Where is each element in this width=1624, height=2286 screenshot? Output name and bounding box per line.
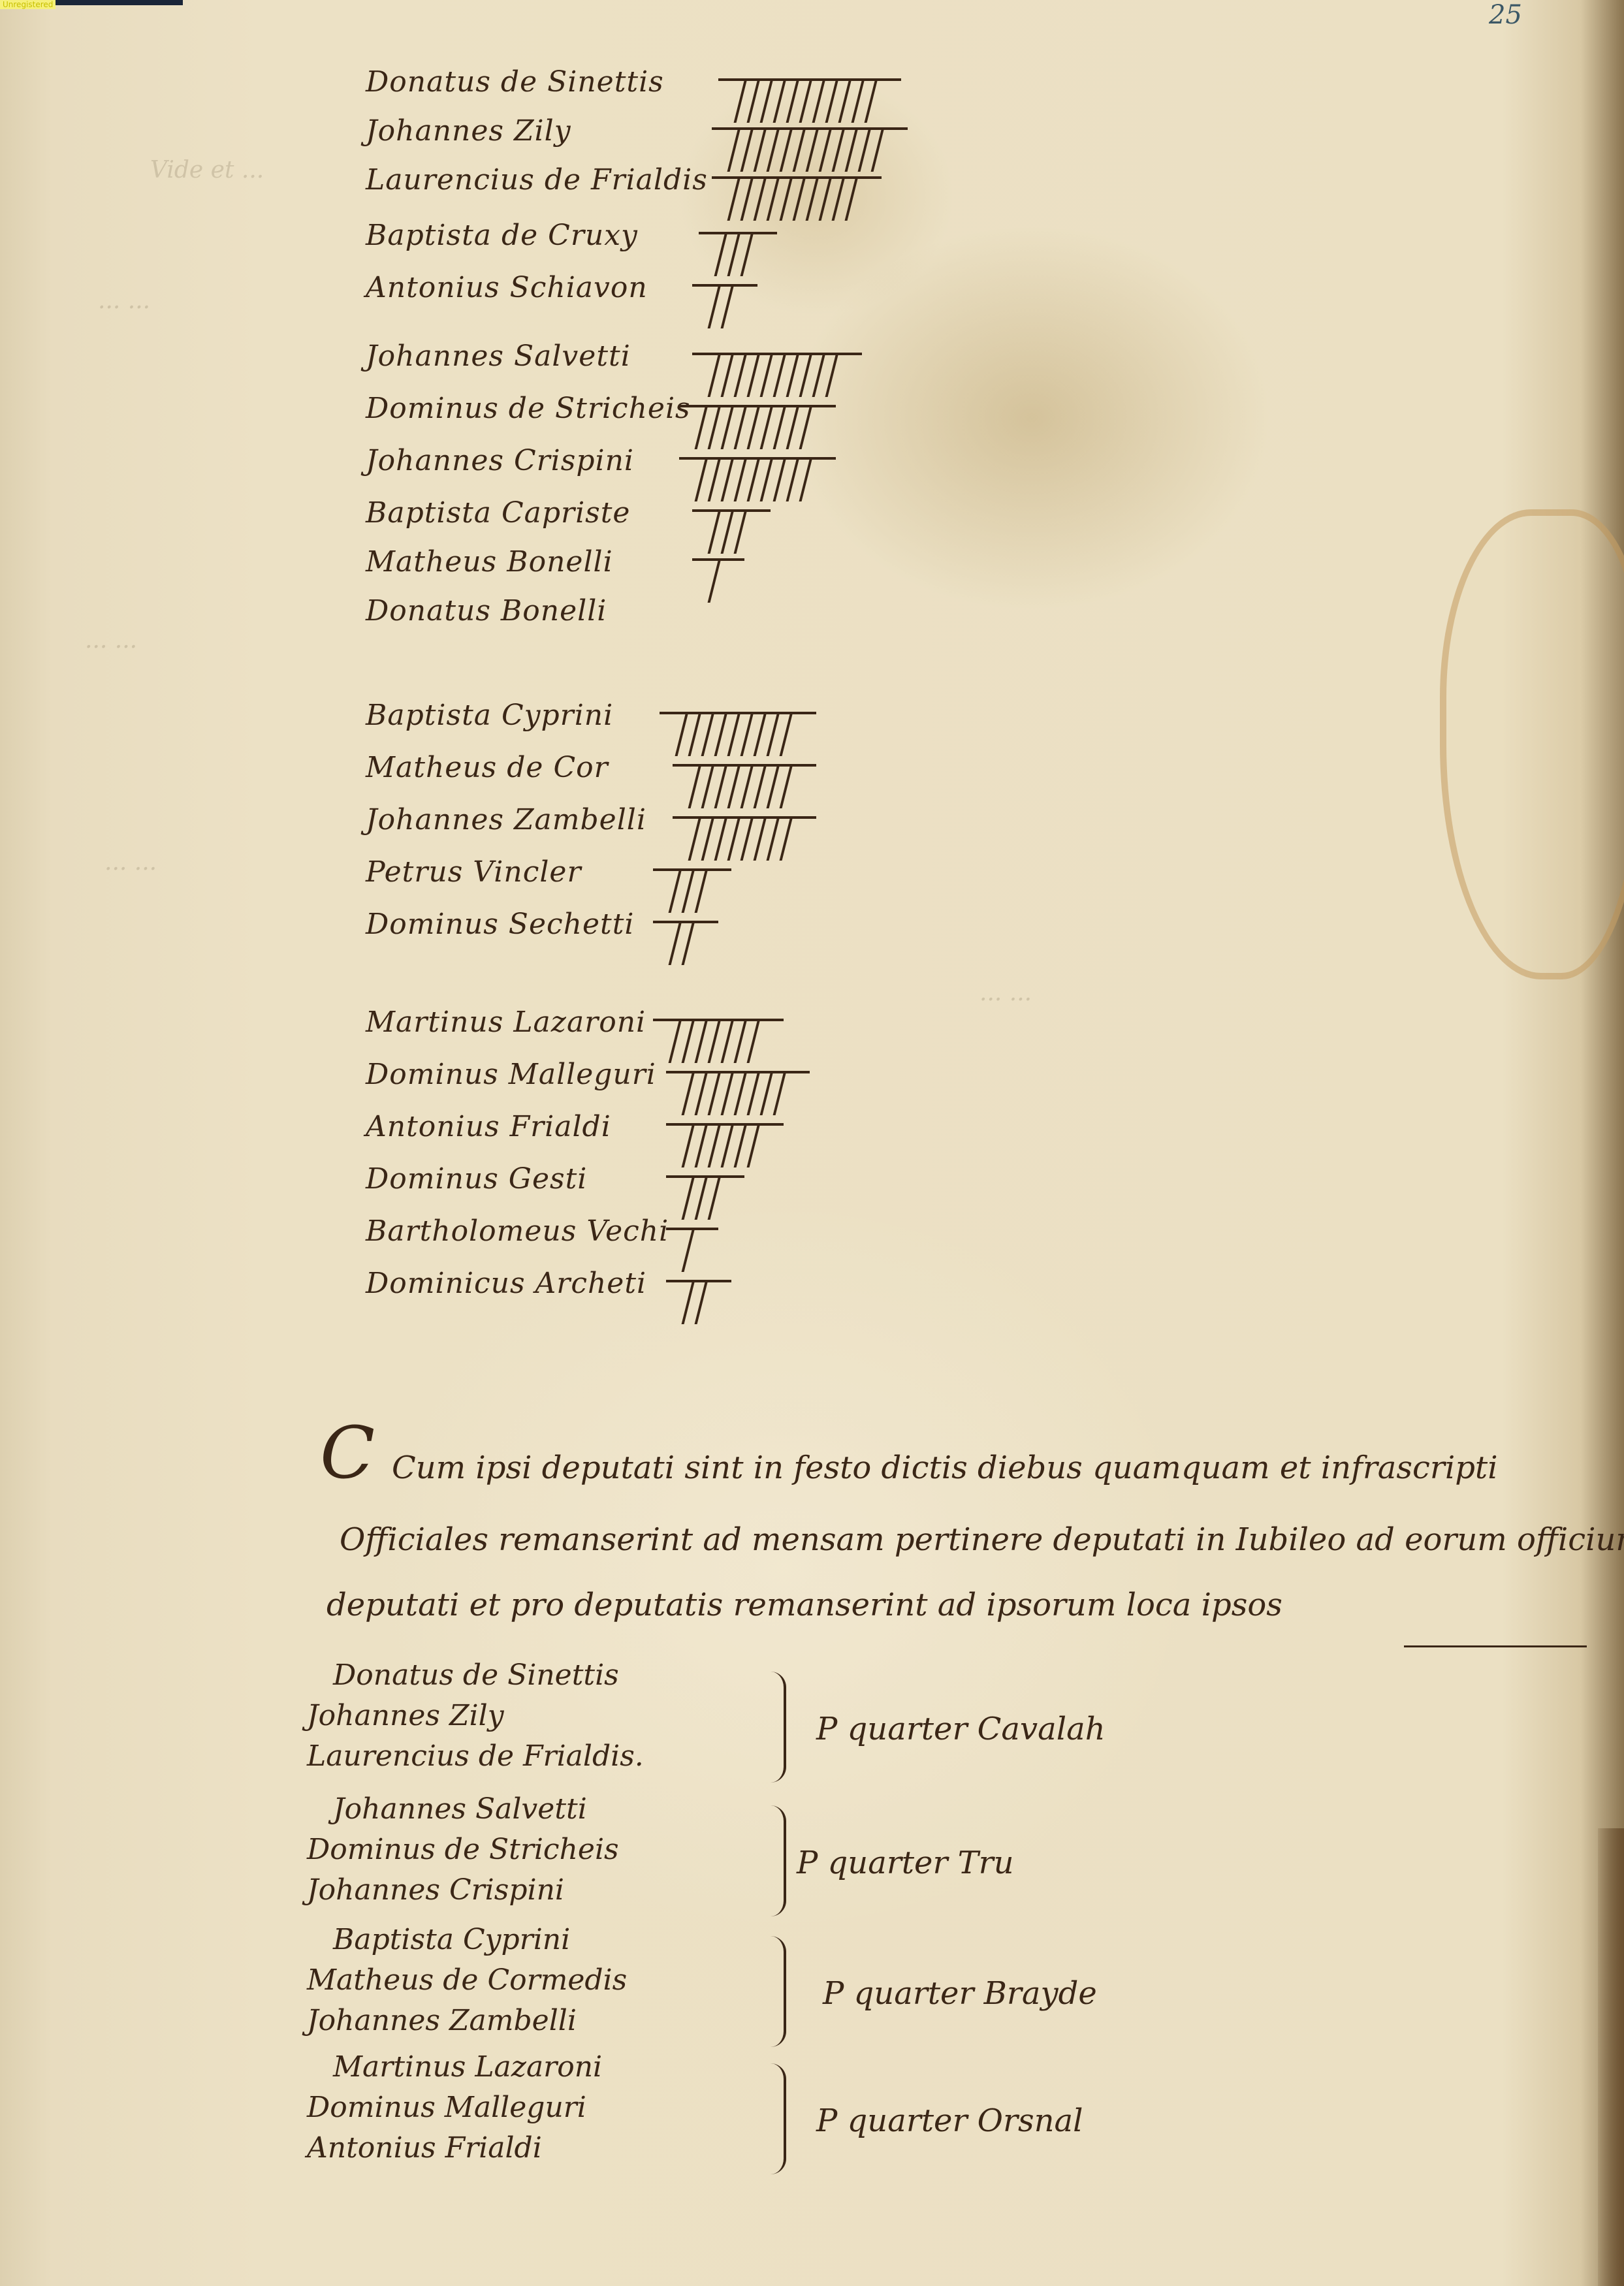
tally-row: Johannes Zambelli bbox=[366, 803, 646, 836]
tally-stroke bbox=[727, 233, 740, 276]
tally-stroke bbox=[675, 713, 688, 756]
tally-stroke bbox=[734, 354, 747, 397]
tally-stroke bbox=[773, 458, 786, 501]
tally-stroke bbox=[780, 713, 793, 756]
tally-stroke bbox=[701, 765, 714, 808]
tally-stroke bbox=[682, 1020, 695, 1063]
tally-stroke bbox=[871, 129, 884, 172]
tally-row: Baptista de Cruxy bbox=[366, 219, 638, 252]
tally-stroke bbox=[780, 178, 793, 221]
tally-stroke bbox=[708, 560, 721, 603]
paragraph-line-3: deputati et pro deputatis remanserint ad… bbox=[326, 1587, 1282, 1623]
tally-stroke bbox=[682, 1177, 695, 1220]
tally-stroke bbox=[721, 511, 734, 554]
tally-stroke bbox=[682, 1229, 695, 1272]
tally-name: Matheus de Cor bbox=[366, 751, 609, 784]
tally-name: Bartholomeus Vechi bbox=[366, 1214, 669, 1248]
tally-stroke bbox=[754, 765, 767, 808]
tally-stroke bbox=[708, 1177, 721, 1220]
group-member-name: Baptista Cyprini bbox=[333, 1923, 570, 1956]
tally-stroke bbox=[799, 354, 812, 397]
tally-row: Dominus Malleguri bbox=[366, 1058, 656, 1091]
tally-stroke bbox=[727, 178, 740, 221]
tally-stroke bbox=[682, 1124, 695, 1167]
tally-marks bbox=[660, 712, 816, 760]
tally-stroke bbox=[714, 765, 727, 808]
tally-stroke bbox=[695, 870, 708, 913]
tally-stroke bbox=[812, 354, 825, 397]
bleed-line: ... ... bbox=[104, 849, 157, 876]
tally-stroke bbox=[721, 458, 734, 501]
tally-stroke bbox=[754, 713, 767, 756]
tally-marks bbox=[679, 457, 836, 505]
tally-name: Donatus Bonelli bbox=[366, 594, 607, 627]
tally-stroke bbox=[708, 1020, 721, 1063]
tally-name: Baptista Capriste bbox=[366, 496, 630, 530]
tally-row: Donatus de Sinettis bbox=[366, 65, 664, 99]
tally-row: Dominus Gesti bbox=[366, 1162, 587, 1196]
tally-row: Antonius Schiavon bbox=[366, 271, 648, 304]
tally-stroke bbox=[767, 178, 780, 221]
tally-stroke bbox=[734, 458, 747, 501]
tally-stroke bbox=[734, 1020, 747, 1063]
group-bracket bbox=[771, 2063, 786, 2174]
tally-stroke bbox=[747, 1072, 760, 1115]
tally-stroke bbox=[747, 1124, 760, 1167]
tally-stroke bbox=[773, 80, 786, 123]
tally-name: Antonius Schiavon bbox=[366, 271, 648, 304]
tally-stroke bbox=[688, 713, 701, 756]
group-member-name: Dominus de Stricheis bbox=[307, 1833, 619, 1866]
tally-stroke bbox=[740, 765, 754, 808]
tally-marks bbox=[692, 509, 771, 558]
tally-stroke bbox=[747, 406, 760, 449]
group-member-name: Laurencius de Frialdis. bbox=[307, 1739, 644, 1773]
tally-stroke bbox=[825, 354, 838, 397]
tally-stroke bbox=[721, 354, 734, 397]
tally-stroke bbox=[708, 285, 721, 328]
tally-stroke bbox=[708, 511, 721, 554]
tally-row: Dominicus Archeti bbox=[366, 1267, 646, 1300]
tally-stroke bbox=[773, 1072, 786, 1115]
tally-stroke bbox=[701, 713, 714, 756]
tally-stroke bbox=[721, 1020, 734, 1063]
tally-name: Petrus Vincler bbox=[366, 855, 582, 889]
tally-stroke bbox=[695, 1020, 708, 1063]
top-dark-strip bbox=[52, 0, 183, 5]
tally-stroke bbox=[799, 406, 812, 449]
group-member-name: Donatus de Sinettis bbox=[333, 1659, 619, 1692]
tally-stroke bbox=[708, 1072, 721, 1115]
tally-stroke bbox=[727, 129, 740, 172]
tally-row: Antonius Frialdi bbox=[366, 1110, 611, 1143]
tally-stroke bbox=[708, 1124, 721, 1167]
tally-stroke bbox=[767, 765, 780, 808]
tally-stroke bbox=[695, 406, 708, 449]
quarter-assignment: P quarter Cavalah bbox=[816, 1711, 1106, 1747]
quarter-assignment: P quarter Brayde bbox=[823, 1975, 1097, 2012]
tally-stroke bbox=[780, 818, 793, 861]
tally-name: Baptista Cyprini bbox=[366, 699, 613, 732]
tally-marks bbox=[653, 1019, 784, 1067]
tally-stroke bbox=[793, 129, 806, 172]
end-flourish bbox=[1404, 1645, 1587, 1647]
tally-stroke bbox=[669, 922, 682, 965]
folio-number: 25 bbox=[1489, 0, 1522, 30]
tally-stroke bbox=[714, 713, 727, 756]
tally-marks bbox=[699, 232, 777, 280]
tally-stroke bbox=[682, 1072, 695, 1115]
tally-stroke bbox=[734, 406, 747, 449]
group-bracket bbox=[771, 1936, 786, 2047]
tally-row: Johannes Crispini bbox=[366, 444, 634, 477]
tally-stroke bbox=[740, 713, 754, 756]
tally-stroke bbox=[767, 818, 780, 861]
tally-stroke bbox=[695, 1072, 708, 1115]
group-member-name: Antonius Frialdi bbox=[307, 2131, 542, 2165]
unregistered-watermark: Unregistered bbox=[0, 0, 56, 9]
tally-stroke bbox=[721, 1072, 734, 1115]
tally-row: Dominus de Stricheis bbox=[366, 392, 691, 425]
tally-name: Dominicus Archeti bbox=[366, 1267, 646, 1300]
tally-marks bbox=[653, 921, 718, 969]
tally-name: Dominus Malleguri bbox=[366, 1058, 656, 1091]
tally-stroke bbox=[786, 406, 799, 449]
tally-stroke bbox=[845, 129, 858, 172]
tally-name: Johannes Crispini bbox=[366, 444, 634, 477]
tally-stroke bbox=[773, 406, 786, 449]
tally-row: Dominus Sechetti bbox=[366, 908, 634, 941]
tally-stroke bbox=[708, 458, 721, 501]
tally-stroke bbox=[819, 178, 832, 221]
tally-stroke bbox=[740, 233, 754, 276]
paragraph-line-1: Cum ipsi deputati sint in festo dictis d… bbox=[392, 1450, 1498, 1486]
tally-row: Petrus Vincler bbox=[366, 855, 582, 889]
tally-stroke bbox=[806, 178, 819, 221]
tally-stroke bbox=[780, 765, 793, 808]
binding-edge bbox=[1598, 1828, 1624, 2286]
tally-stroke bbox=[747, 1020, 760, 1063]
tally-stroke bbox=[754, 178, 767, 221]
tally-stroke bbox=[799, 80, 812, 123]
tally-stroke bbox=[721, 406, 734, 449]
tally-stroke bbox=[695, 1281, 708, 1324]
group-bracket bbox=[771, 1672, 786, 1783]
tally-name: Johannes Zily bbox=[366, 114, 571, 148]
tally-stroke bbox=[825, 80, 838, 123]
tally-stroke bbox=[727, 765, 740, 808]
tally-name: Donatus de Sinettis bbox=[366, 65, 664, 99]
group-member-name: Johannes Zambelli bbox=[307, 2004, 577, 2037]
bleed-line: ... ... bbox=[85, 627, 137, 654]
tally-stroke bbox=[747, 354, 760, 397]
tally-marks bbox=[692, 558, 744, 607]
tally-stroke bbox=[799, 458, 812, 501]
tally-row: Johannes Zily bbox=[366, 114, 571, 148]
tally-marks bbox=[712, 176, 882, 225]
tally-marks bbox=[712, 127, 908, 176]
tally-stroke bbox=[695, 1177, 708, 1220]
tally-name: Dominus de Stricheis bbox=[366, 392, 691, 425]
group-bracket bbox=[771, 1805, 786, 1916]
tally-stroke bbox=[760, 1072, 773, 1115]
tally-stroke bbox=[734, 1124, 747, 1167]
tally-row: Martinus Lazaroni bbox=[366, 1006, 646, 1039]
tally-marks bbox=[673, 816, 816, 865]
bleed-line: Vide et ... bbox=[150, 157, 264, 183]
tally-stroke bbox=[760, 458, 773, 501]
tally-stroke bbox=[682, 1281, 695, 1324]
tally-stroke bbox=[740, 129, 754, 172]
tally-stroke bbox=[727, 713, 740, 756]
tally-stroke bbox=[838, 80, 852, 123]
tally-stroke bbox=[786, 80, 799, 123]
group-member-name: Dominus Malleguri bbox=[307, 2091, 586, 2124]
tally-stroke bbox=[714, 818, 727, 861]
bleed-line: ... ... bbox=[98, 287, 150, 314]
tally-row: Johannes Salvetti bbox=[366, 340, 631, 373]
tally-stroke bbox=[760, 80, 773, 123]
tally-row: Donatus Bonelli bbox=[366, 594, 607, 627]
tally-stroke bbox=[721, 285, 734, 328]
tally-marks bbox=[679, 405, 836, 453]
tally-stroke bbox=[669, 870, 682, 913]
tally-name: Matheus Bonelli bbox=[366, 545, 613, 579]
tally-stroke bbox=[858, 129, 871, 172]
tally-stroke bbox=[832, 129, 845, 172]
tally-row: Baptista Cyprini bbox=[366, 699, 613, 732]
tally-row: Laurencius de Frialdis bbox=[366, 163, 708, 197]
tally-stroke bbox=[786, 354, 799, 397]
tally-marks bbox=[666, 1123, 784, 1171]
tally-stroke bbox=[701, 818, 714, 861]
tally-name: Johannes Zambelli bbox=[366, 803, 646, 836]
tally-stroke bbox=[721, 1124, 734, 1167]
tally-stroke bbox=[806, 129, 819, 172]
tally-stroke bbox=[773, 354, 786, 397]
tally-stroke bbox=[688, 765, 701, 808]
tally-stroke bbox=[695, 1124, 708, 1167]
paragraph-line-2: Officiales remanserint ad mensam pertine… bbox=[340, 1521, 1624, 1558]
group-member-name: Johannes Salvetti bbox=[333, 1792, 587, 1826]
tally-stroke bbox=[832, 178, 845, 221]
manuscript-page bbox=[0, 0, 1624, 2286]
tally-stroke bbox=[669, 1020, 682, 1063]
group-member-name: Matheus de Cormedis bbox=[307, 1963, 627, 1997]
group-member-name: Johannes Zily bbox=[307, 1699, 504, 1732]
tally-stroke bbox=[740, 178, 754, 221]
tally-marks bbox=[666, 1280, 731, 1328]
tally-stroke bbox=[682, 870, 695, 913]
tally-name: Dominus Sechetti bbox=[366, 908, 634, 941]
group-member-name: Martinus Lazaroni bbox=[333, 2050, 602, 2084]
tally-stroke bbox=[747, 80, 760, 123]
tally-name: Baptista de Cruxy bbox=[366, 219, 638, 252]
tally-name: Antonius Frialdi bbox=[366, 1110, 611, 1143]
tally-stroke bbox=[760, 354, 773, 397]
tally-marks bbox=[673, 764, 816, 812]
tally-stroke bbox=[754, 818, 767, 861]
bleed-line: ... ... bbox=[979, 979, 1032, 1006]
quarter-assignment: P quarter Tru bbox=[797, 1845, 1014, 1881]
tally-stroke bbox=[760, 406, 773, 449]
tally-name: Laurencius de Frialdis bbox=[366, 163, 708, 197]
tally-stroke bbox=[767, 713, 780, 756]
tally-stroke bbox=[865, 80, 878, 123]
tally-stroke bbox=[740, 818, 754, 861]
tally-marks bbox=[666, 1071, 810, 1119]
tally-name: Martinus Lazaroni bbox=[366, 1006, 646, 1039]
initial-letter: C bbox=[320, 1417, 375, 1489]
tally-row: Bartholomeus Vechi bbox=[366, 1214, 669, 1248]
tally-stroke bbox=[754, 129, 767, 172]
tally-stroke bbox=[714, 233, 727, 276]
tally-marks bbox=[692, 284, 757, 332]
tally-stroke bbox=[734, 80, 747, 123]
tally-row: Matheus Bonelli bbox=[366, 545, 613, 579]
tally-stroke bbox=[819, 129, 832, 172]
tally-stroke bbox=[727, 818, 740, 861]
group-member-name: Johannes Crispini bbox=[307, 1873, 564, 1907]
tally-stroke bbox=[708, 406, 721, 449]
quarter-assignment: P quarter Orsnal bbox=[816, 2103, 1083, 2139]
tally-stroke bbox=[747, 458, 760, 501]
tally-stroke bbox=[786, 458, 799, 501]
tally-marks bbox=[718, 78, 901, 127]
tally-stroke bbox=[793, 178, 806, 221]
tally-marks bbox=[666, 1175, 744, 1224]
tally-stroke bbox=[695, 458, 708, 501]
tally-stroke bbox=[852, 80, 865, 123]
tally-stroke bbox=[688, 818, 701, 861]
tally-stroke bbox=[734, 1072, 747, 1115]
tally-stroke bbox=[780, 129, 793, 172]
tally-stroke bbox=[734, 511, 747, 554]
tally-stroke bbox=[812, 80, 825, 123]
tally-stroke bbox=[682, 922, 695, 965]
tally-name: Dominus Gesti bbox=[366, 1162, 587, 1196]
tally-marks bbox=[692, 353, 862, 401]
tally-row: Matheus de Cor bbox=[366, 751, 609, 784]
tally-stroke bbox=[708, 354, 721, 397]
tally-stroke bbox=[767, 129, 780, 172]
tally-name: Johannes Salvetti bbox=[366, 340, 631, 373]
tally-marks bbox=[653, 868, 731, 917]
tally-row: Baptista Capriste bbox=[366, 496, 630, 530]
tally-marks bbox=[666, 1228, 718, 1276]
tally-stroke bbox=[845, 178, 858, 221]
